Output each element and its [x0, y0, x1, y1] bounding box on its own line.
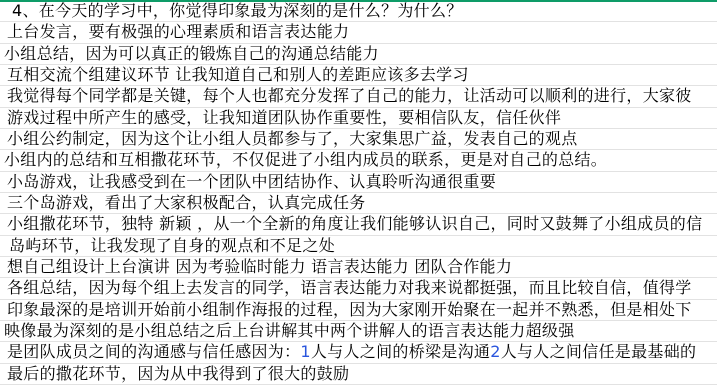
frozen-row-green-border — [0, 0, 717, 2]
cell-text: 是团队成员之间的沟通感与信任感因为： — [7, 342, 300, 362]
table-row[interactable]: ：小组公约制定，因为这个让小组人员都参与了，大家集思广益，发表自己的观点 — [0, 129, 717, 150]
table-row[interactable]: ：小岛游戏，让我感受到在一个团队中团结协作、认真聆听沟通很重要 — [0, 172, 717, 193]
cell-text: 小组撒花环节，独特 新颖 ，从一个全新的角度让我们能够认识自己，同时又鼓舞了小组… — [7, 214, 702, 234]
table-row[interactable]: ：是团队成员之间的沟通感与信任感因为：1人与人之间的桥梁是沟通2人与人之间信任是… — [0, 342, 717, 363]
table-row[interactable]: ：我觉得每个同学都是关键，每个人也都充分发挥了自己的能力，让活动可以顺利的进行，… — [0, 86, 717, 107]
cell-text: 我觉得每个同学都是关键，每个人也都充分发挥了自己的能力，让活动可以顺利的进行，大… — [7, 86, 692, 106]
cell-text: 三个岛游戏，看出了大家积极配合，认真完成任务 — [7, 193, 366, 213]
cell-text: 小组公约制定，因为这个让小组人员都参与了，大家集思广益，发表自己的观点 — [7, 129, 578, 149]
spreadsheet-viewport: ：4、在今天的学习中，你觉得印象最为深刻的是什么？为什么？：上台发言，要有极强的… — [0, 0, 717, 385]
cell-text-number: 1 — [300, 342, 310, 362]
cell-text: 游戏过程中所产生的感受，让我知道团队协作重要性，要相信队友，信任伙伴 — [7, 108, 561, 128]
cell-text: 印象最深的是培训开始前小组制作海报的过程，因为大家刚开始聚在一起并不熟悉，但是相… — [7, 300, 692, 320]
table-row[interactable]: ：小组撒花环节，独特 新颖 ，从一个全新的角度让我们能够认识自己，同时又鼓舞了小… — [0, 214, 717, 235]
cell-text: 各组总结，因为每个组上去发言的同学，语言表达能力对我来说都挺强，而且比较自信，值… — [7, 278, 692, 298]
table-row[interactable]: 小组总结，因为可以真正的锻炼自己的沟通总结能力 — [0, 44, 717, 65]
table-row[interactable]: ：互相交流个组建议环节 让我知道自己和别人的差距应该多去学习 — [0, 65, 717, 86]
cell-text: 想自己组设计上台演讲 因为考验临时能力 语言表达能力 团队合作能力 — [7, 257, 512, 277]
table-row[interactable]: ：想自己组设计上台演讲 因为考验临时能力 语言表达能力 团队合作能力 — [0, 257, 717, 278]
cell-text: 映像最为深刻的是小组总结之后上台讲解其中两个讲解人的语言表达能力超级强 — [4, 321, 575, 341]
cell-text: 上台发言，要有极强的心理素质和语言表达能力 — [7, 22, 349, 42]
table-row[interactable]: ：最后的撒花环节，因为从中我得到了很大的鼓励 — [0, 364, 717, 385]
cell-text: 人与人之间信任是最基础的 — [501, 342, 697, 362]
table-row[interactable]: ：游戏过程中所产生的感受，让我知道团队协作重要性，要相信队友，信任伙伴 — [0, 108, 717, 129]
cell-rows-container: ：4、在今天的学习中，你觉得印象最为深刻的是什么？为什么？：上台发言，要有极强的… — [0, 1, 717, 385]
cell-text: 最后的撒花环节，因为从中我得到了很大的鼓励 — [7, 364, 349, 384]
table-row[interactable]: ：三个岛游戏，看出了大家积极配合，认真完成任务 — [0, 193, 717, 214]
cell-text: 互相交流个组建议环节 让我知道自己和别人的差距应该多去学习 — [7, 65, 469, 85]
cell-text: 4、在今天的学习中，你觉得印象最为深刻的是什么？为什么？ — [12, 1, 463, 21]
cell-text: 岛屿环节，让我发现了自身的观点和不足之处 — [9, 236, 335, 256]
cell-text: 人与人之间的桥梁是沟通 — [311, 342, 490, 362]
cell-text: 小组总结，因为可以真正的锻炼自己的沟通总结能力 — [4, 44, 379, 64]
table-row[interactable]: ：各组总结，因为每个组上去发言的同学，语言表达能力对我来说都挺强，而且比较自信，… — [0, 278, 717, 299]
table-row[interactable]: ：4、在今天的学习中，你觉得印象最为深刻的是什么？为什么？ — [0, 1, 717, 22]
table-row[interactable]: 映像最为深刻的是小组总结之后上台讲解其中两个讲解人的语言表达能力超级强 — [0, 321, 717, 342]
table-row[interactable]: 小组内的总结和互相撒花环节，不仅促进了小组内成员的联系，更是对自己的总结。 — [0, 150, 717, 171]
cell-text-number: 2 — [490, 342, 500, 362]
table-row[interactable]: ：上台发言，要有极强的心理素质和语言表达能力 — [0, 22, 717, 43]
table-row[interactable]: 岛屿环节，让我发现了自身的观点和不足之处 — [0, 236, 717, 257]
cell-text: 小岛游戏，让我感受到在一个团队中团结协作、认真聆听沟通很重要 — [7, 172, 496, 192]
table-row[interactable]: ：印象最深的是培训开始前小组制作海报的过程，因为大家刚开始聚在一起并不熟悉，但是… — [0, 300, 717, 321]
cell-text: 小组内的总结和互相撒花环节，不仅促进了小组内成员的联系，更是对自己的总结。 — [4, 150, 607, 170]
